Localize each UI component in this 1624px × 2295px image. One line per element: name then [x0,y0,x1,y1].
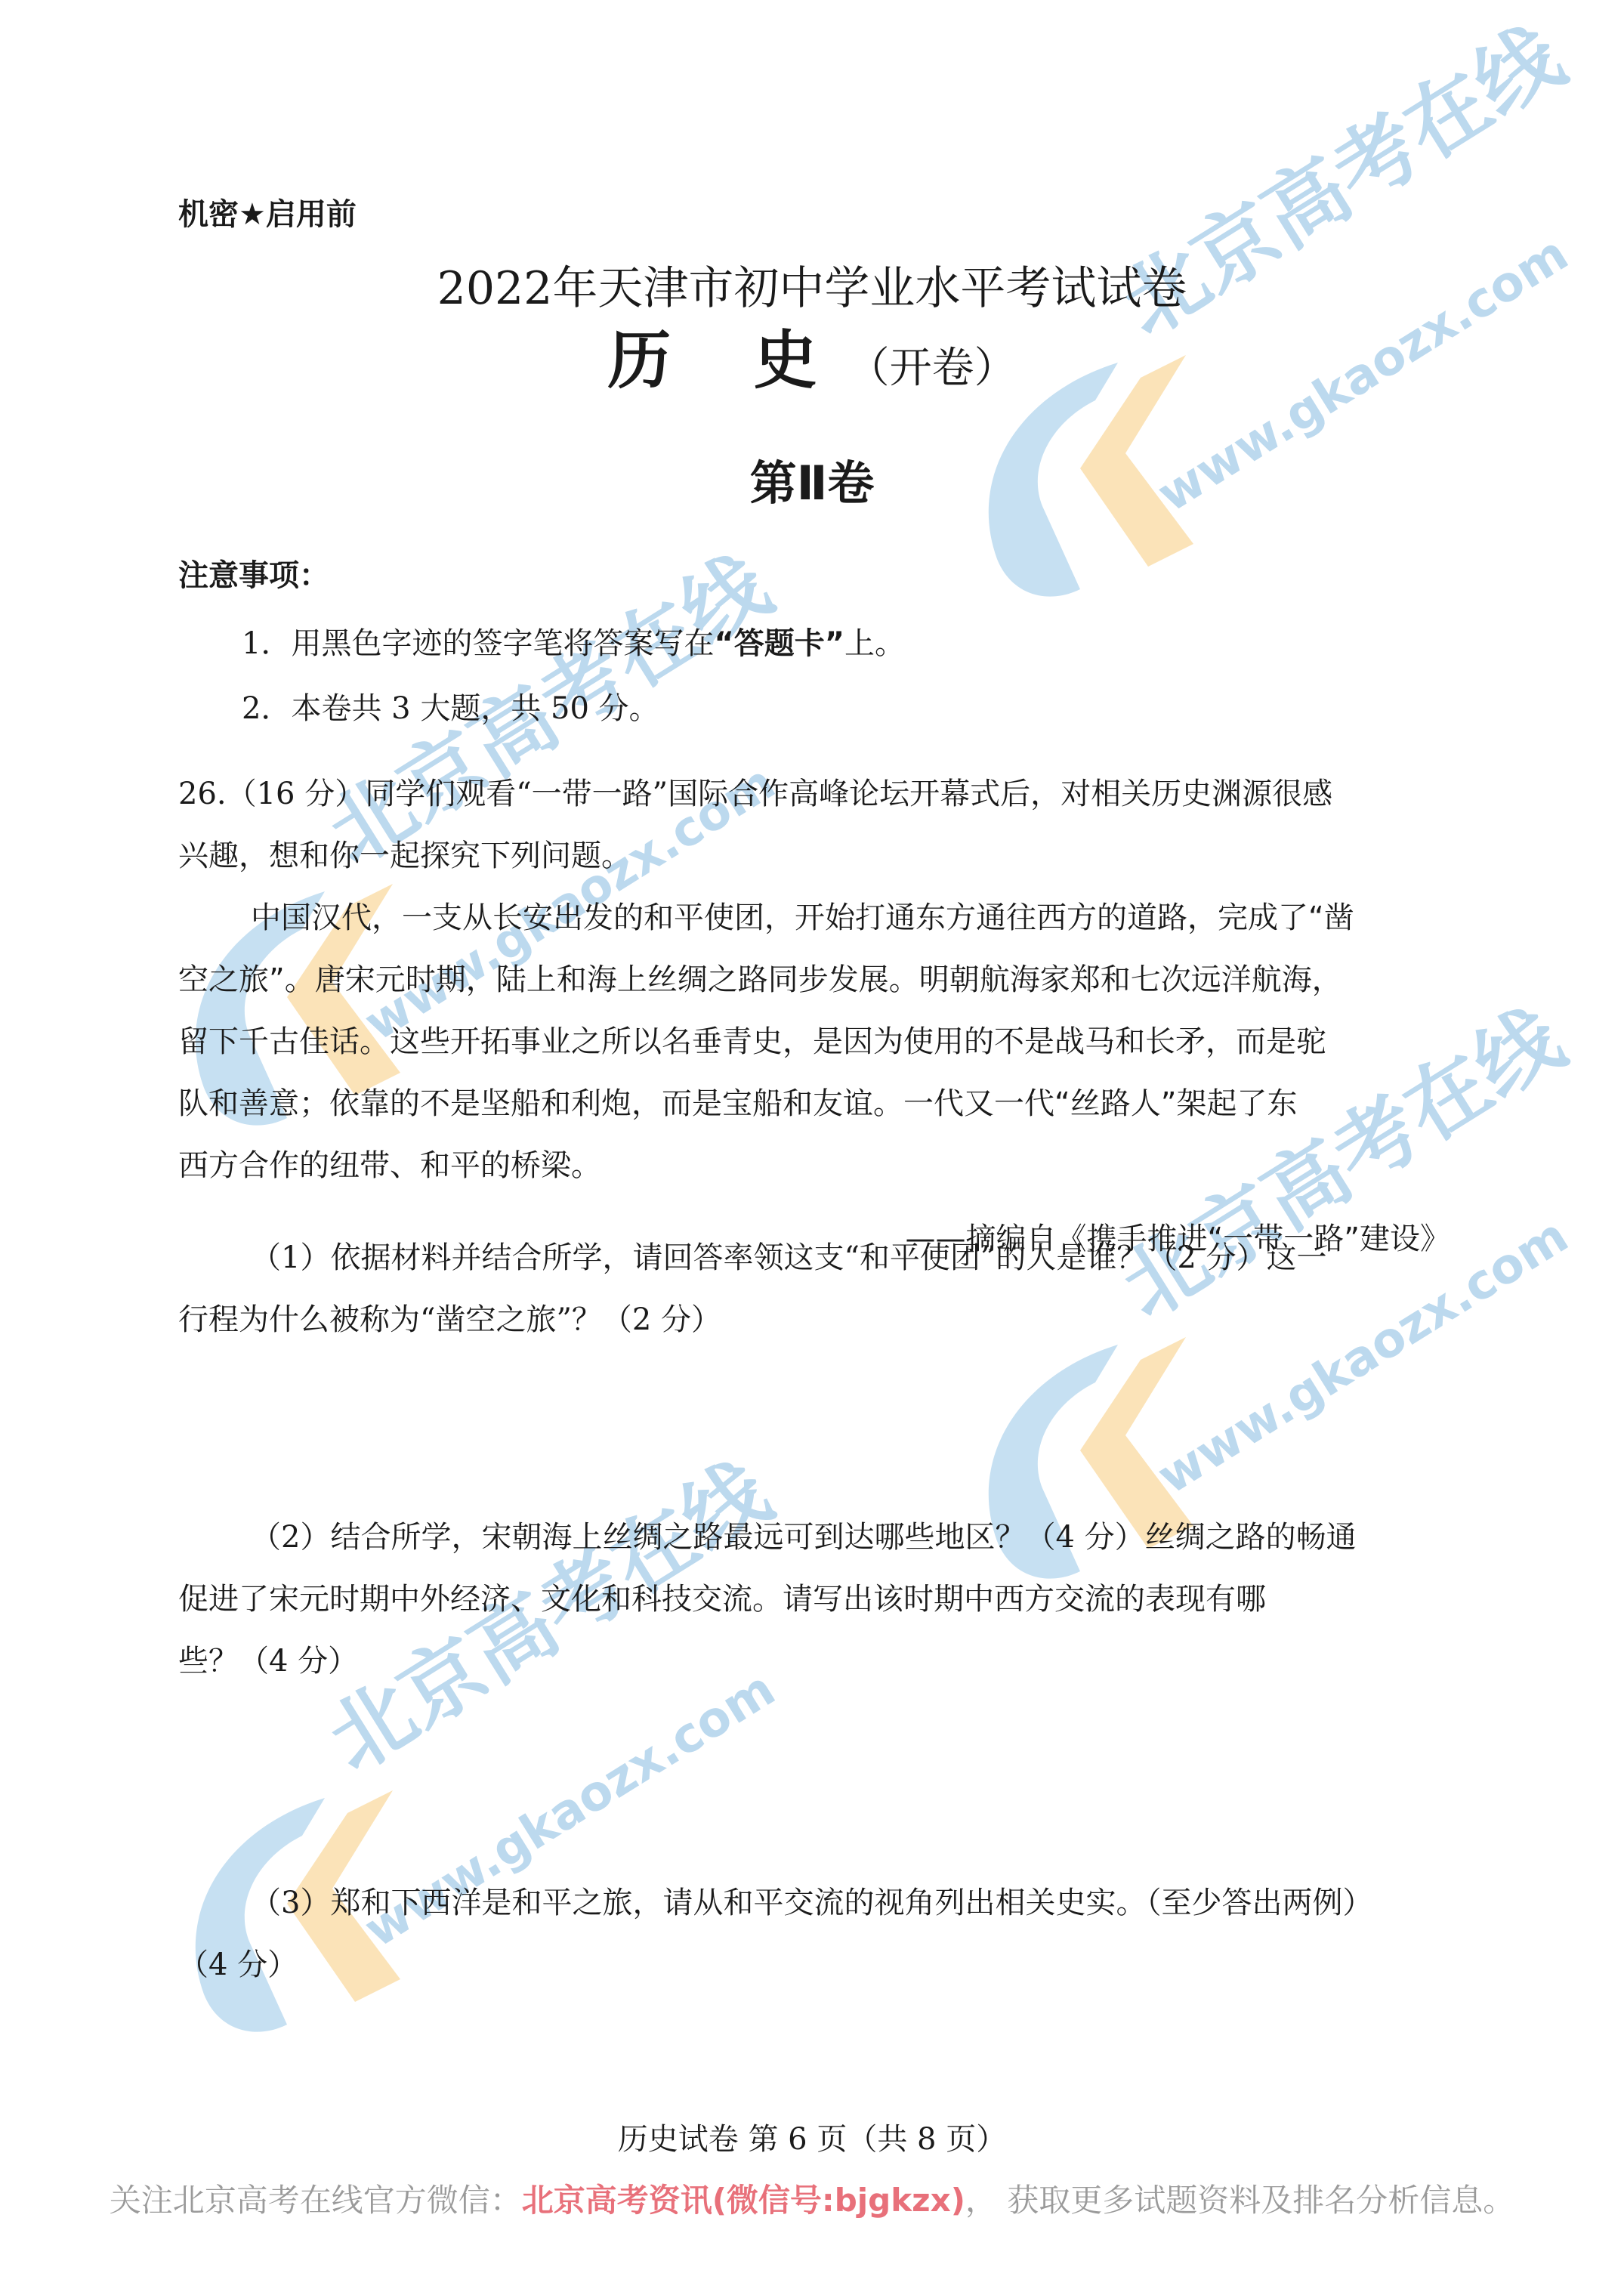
sub-question-1: （1）依据材料并结合所学，请回答率领这支“和平使团”的人是谁？（2 分）这一 行… [178,1227,1462,1351]
question-line: （3）郑和下西洋是和平之旅，请从和平交流的视角列出相关史实。（至少答出两例） [178,1872,1462,1934]
intro-line: 26.（16 分）同学们观看“一带一路”国际合作高峰论坛开幕式后，对相关历史渊源… [178,763,1462,825]
confidential-label: 机密★启用前 [178,190,357,233]
question-line: （2）结合所学，宋朝海上丝绸之路最远可到达哪些地区？（4 分）丝绸之路的畅通 [178,1506,1462,1568]
passage-line: 队和善意；依靠的不是坚船和利炮，而是宝船和友谊。一代又一代“丝路人”架起了东 [178,1073,1462,1135]
subject-name: 历 史 [607,323,847,397]
subject-heading: 历 史（开卷） [0,310,1624,401]
notice-text: 2．本卷共 3 大题，共 50 分。 [242,691,659,726]
footer-promo: 关注北京高考在线官方微信：北京高考资讯(微信号:bjgkzx)， 获取更多试题资… [0,2176,1624,2221]
footer-text: 关注北京高考在线官方微信： [110,2182,522,2219]
passage-line: 西方合作的纽带、和平的桥梁。 [178,1135,1462,1197]
footer-wechat-id: 北京高考资讯(微信号:bjgkzx) [522,2182,965,2219]
passage-line: 中国汉代，一支从长安出发的和平使团，开始打通东方通往西方的道路，完成了“凿 [178,887,1462,949]
notice-item-1: 1．用黑色字迹的签字笔将答案写在“答题卡”上。 [242,619,905,663]
passage-line: 空之旅”。唐宋元时期，陆上和海上丝绸之路同步发展。明朝航海家郑和七次远洋航海， [178,949,1462,1011]
intro-line: 兴趣，想和你一起探究下列问题。 [178,825,1462,887]
question-line: 行程为什么被称为“凿空之旅”？（2 分） [178,1289,1462,1351]
exam-page: 机密★启用前 2022年天津市初中学业水平考试试卷 历 史（开卷） 第Ⅱ卷 注意… [0,0,1624,2295]
notice-item-2: 2．本卷共 3 大题，共 50 分。 [242,684,659,727]
footer-text: ， 获取更多试题资料及排名分析信息。 [965,2182,1514,2219]
answer-card-keyword: “答题卡” [714,626,844,661]
sub-question-2: （2）结合所学，宋朝海上丝绸之路最远可到达哪些地区？（4 分）丝绸之路的畅通 促… [178,1506,1462,1692]
notice-text: 上。 [844,626,905,661]
notice-text: 1．用黑色字迹的签字笔将答案写在 [242,626,714,661]
exam-title: 2022年天津市初中学业水平考试试卷 [0,252,1624,317]
question-26-intro: 26.（16 分）同学们观看“一带一路”国际合作高峰论坛开幕式后，对相关历史渊源… [178,763,1462,887]
notice-heading: 注意事项： [178,551,329,595]
subject-note: （开卷） [848,344,1017,393]
question-line: （1）依据材料并结合所学，请回答率领这支“和平使团”的人是谁？（2 分）这一 [178,1227,1462,1289]
question-line: 些？（4 分） [178,1630,1462,1692]
question-line: （4 分） [178,1934,1462,1996]
passage-line: 留下千古佳话。这些开拓事业之所以名垂青史，是因为使用的不是战马和长矛，而是驼 [178,1011,1462,1073]
sub-question-3: （3）郑和下西洋是和平之旅，请从和平交流的视角列出相关史实。（至少答出两例） （… [178,1872,1462,1996]
source-passage: 中国汉代，一支从长安出发的和平使团，开始打通东方通往西方的道路，完成了“凿 空之… [178,887,1462,1197]
volume-label: 第Ⅱ卷 [0,446,1624,513]
page-number: 历史试卷 第 6 页（共 8 页） [0,2115,1624,2158]
question-line: 促进了宋元时期中外经济、文化和科技交流。请写出该时期中西方交流的表现有哪 [178,1568,1462,1630]
